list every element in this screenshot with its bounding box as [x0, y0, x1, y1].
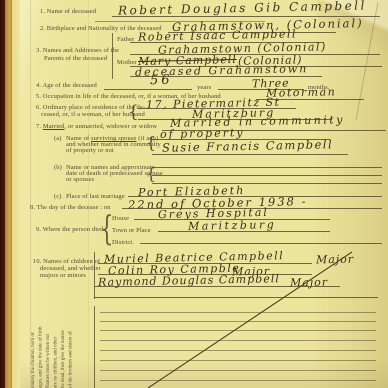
writing-line	[158, 231, 330, 232]
children-box-line	[94, 252, 95, 299]
field-1-label: 1. Name of deceased	[40, 8, 96, 15]
parents-bracket-line	[112, 33, 113, 79]
field-9-label: 9. Where the person died	[36, 226, 103, 233]
town-label: Town or Place	[112, 227, 151, 234]
margin-note-line: be dead, then give the names	[60, 300, 68, 388]
blank-line	[100, 312, 376, 313]
page-stack-edge	[5, 0, 12, 388]
brace-icon	[146, 133, 156, 152]
margin-instructions-note: diately the children, born of ages, and …	[30, 300, 75, 388]
blank-line	[100, 380, 376, 381]
field-4-years-value: 56	[150, 73, 173, 88]
child-status: Major	[290, 276, 328, 290]
margin-note-line: diately the children, born of	[30, 300, 38, 388]
field-8-label: 8. The day of the decease : on	[30, 204, 111, 211]
field-3-label: Parents of the deceased	[44, 55, 107, 62]
blank-line	[100, 321, 376, 322]
writing-line	[140, 243, 382, 244]
page-shading	[20, 358, 388, 388]
writing-line	[152, 167, 382, 168]
field-7b-no: (b)	[54, 164, 62, 171]
field-7b-label: or spouses	[66, 176, 94, 183]
blank-section-bracket-line	[94, 306, 95, 388]
blank-line	[100, 360, 376, 361]
blank-line	[100, 350, 376, 351]
field-7-label: 7. Married, or unmarried, widower or wid…	[36, 123, 157, 130]
field-3-label: 3. Names and Addresses of the	[36, 47, 119, 54]
field-7a-label: of property or not	[66, 147, 114, 154]
margin-note-line: are no children, and other	[53, 300, 61, 388]
writing-line	[104, 89, 192, 90]
district-label: District.	[112, 239, 134, 246]
field-7c-no: (c)	[54, 193, 62, 200]
house-label: House	[112, 215, 129, 222]
page-edge-highlight	[12, 0, 20, 388]
writing-line	[94, 297, 378, 298]
writing-line	[152, 175, 382, 176]
years-label: years	[197, 84, 211, 91]
blank-line	[100, 370, 376, 371]
field-7c-label: Place of last marriage	[66, 193, 125, 200]
scanned-death-notice-page: 1. Name of deceased Robert Douglas Gib C…	[0, 0, 388, 388]
mother-label: Mother	[117, 59, 137, 66]
blank-line	[100, 340, 376, 341]
field-7a-no: (a)	[54, 135, 62, 142]
writing-line	[152, 154, 348, 155]
field-10-label: deceased, and whether	[40, 265, 101, 272]
field-10-label: 10. Names of children of	[33, 258, 100, 265]
blank-line	[100, 330, 376, 331]
margin-note-line: Names must be written out	[45, 300, 53, 388]
field-4-label: 4. Age of the deceased	[36, 82, 97, 89]
writing-line	[94, 286, 340, 287]
child-status: Major	[316, 253, 354, 267]
field-10-label: majors or minors	[40, 272, 86, 279]
margin-note-line: ages, and give the date of birth	[38, 300, 46, 388]
margin-note-line: of the brothers and sisters of	[68, 300, 76, 388]
writing-line	[152, 183, 382, 184]
